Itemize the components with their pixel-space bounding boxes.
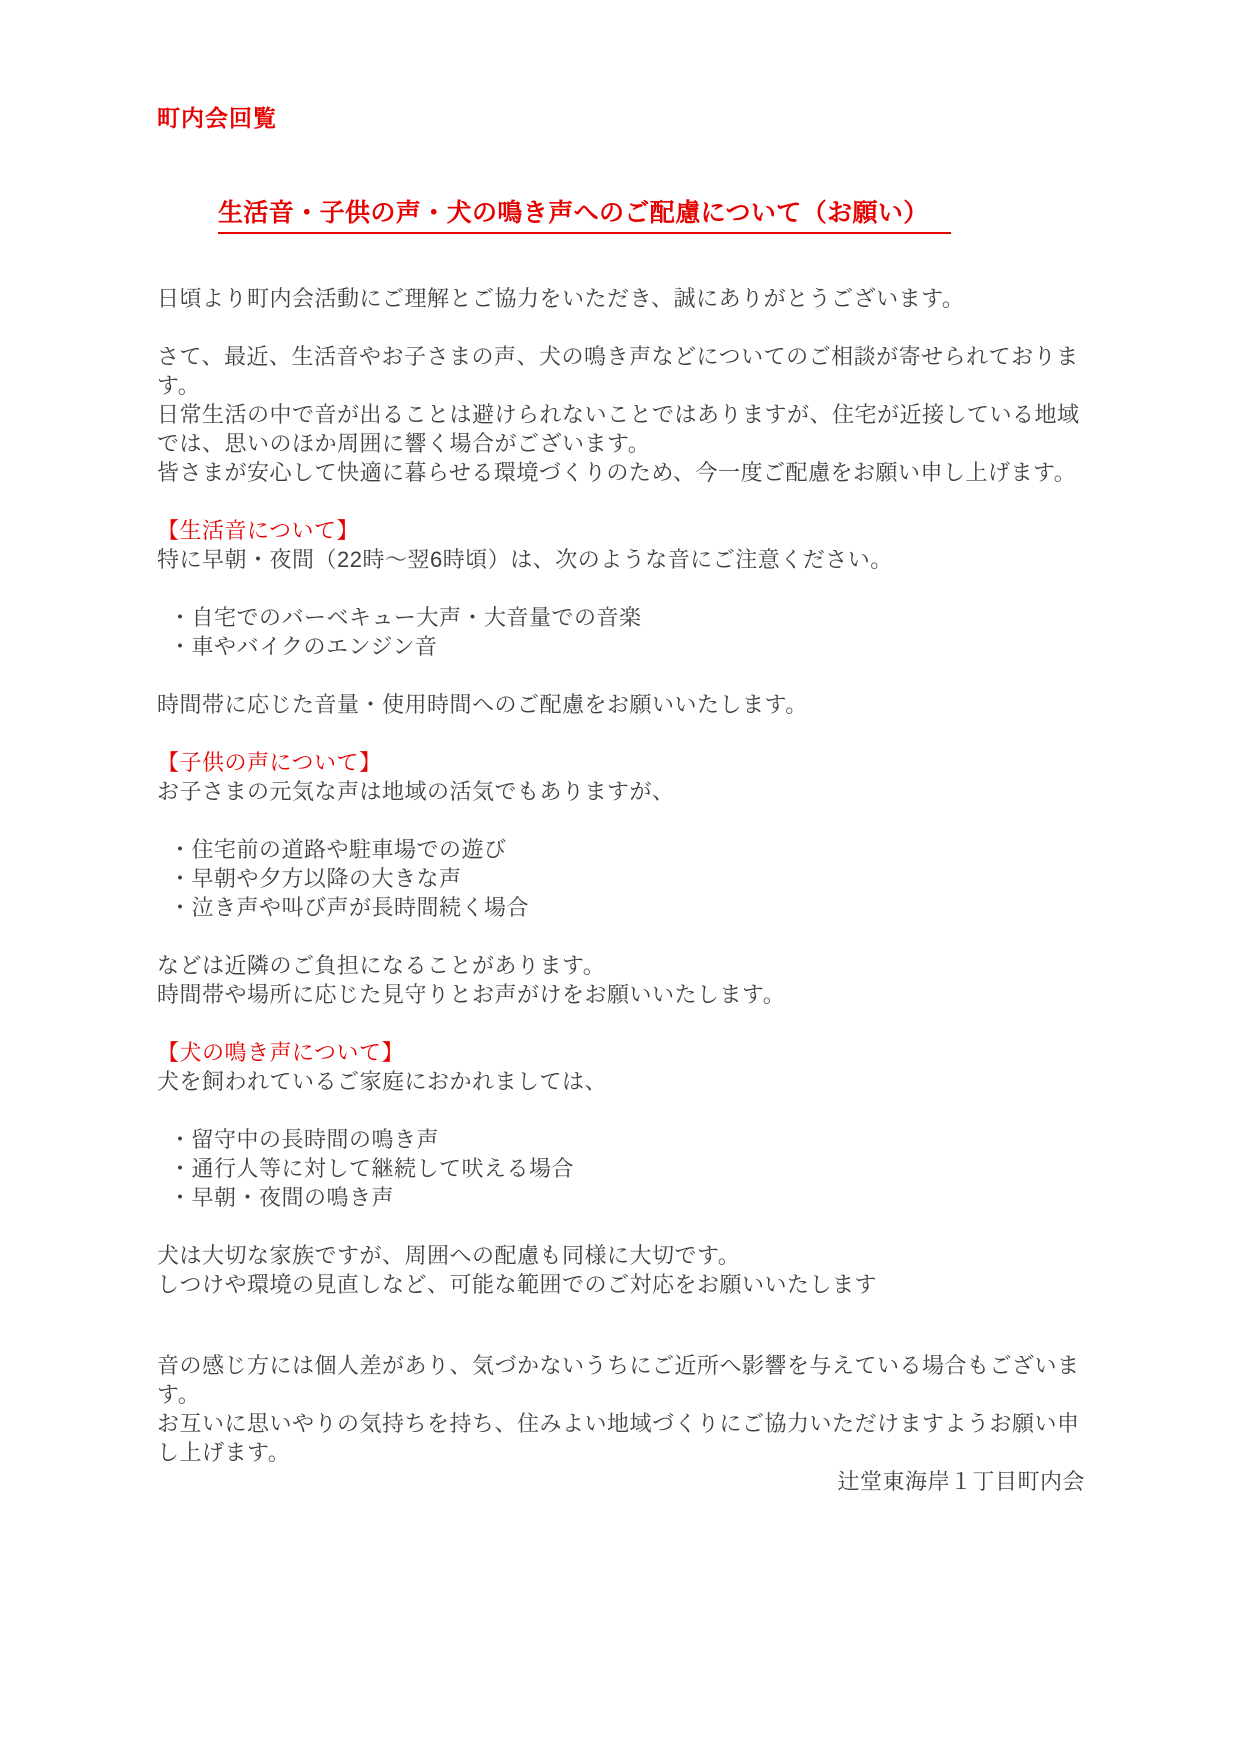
closing-line: し上げます。 bbox=[157, 1438, 1085, 1467]
bullet-item: ・留守中の長時間の鳴き声 bbox=[157, 1125, 1085, 1154]
section-lead: お子さまの元気な声は地域の活気でもありますが、 bbox=[157, 777, 1085, 806]
note-line: 時間帯に応じた音量・使用時間へのご配慮をお願いいたします。 bbox=[157, 690, 1085, 719]
closing-line: 音の感じ方には個人差があり、気づかないうちにご近所へ影響を与えている場合もござい… bbox=[157, 1351, 1085, 1380]
greeting-line: 日頃より町内会活動にご理解とご協力をいただき、誠にありがとうございます。 bbox=[157, 284, 1085, 313]
section-notes: などは近隣のご負担になることがあります。 時間帯や場所に応じた見守りとお声がけを… bbox=[157, 951, 1085, 1009]
bullet-list: ・住宅前の道路や駐車場での遊び ・早朝や夕方以降の大きな声 ・泣き声や叫び声が長… bbox=[157, 835, 1085, 922]
section-dog-barking: 【犬の鳴き声について】 犬を飼われているご家庭におかれましては、 ・留守中の長時… bbox=[157, 1038, 1085, 1299]
intro-line: 日常生活の中で音が出ることは避けられないことではありますが、住宅が近接している地… bbox=[157, 400, 1085, 429]
notice-title: 生活音・子供の声・犬の鳴き声へのご配慮について（お願い） bbox=[218, 196, 951, 234]
bullet-item: ・早朝や夕方以降の大きな声 bbox=[157, 864, 1085, 893]
bullet-item: ・住宅前の道路や駐車場での遊び bbox=[157, 835, 1085, 864]
note-line: 時間帯や場所に応じた見守りとお声がけをお願いいたします。 bbox=[157, 980, 1085, 1009]
bullet-item: ・泣き声や叫び声が長時間続く場合 bbox=[157, 893, 1085, 922]
section-heading: 【子供の声について】 bbox=[157, 748, 1085, 777]
circular-page: 町内会回覧 生活音・子供の声・犬の鳴き声へのご配慮について（お願い） 日頃より町… bbox=[0, 0, 1240, 1754]
signature: 辻堂東海岸１丁目町内会 bbox=[157, 1467, 1085, 1496]
bullet-item: ・自宅でのバーベキュー大声・大音量での音楽 bbox=[157, 603, 1085, 632]
circular-header: 町内会回覧 bbox=[157, 103, 1085, 133]
intro-line: では、思いのほか周囲に響く場合がございます。 bbox=[157, 429, 1085, 458]
intro-line: 皆さまが安心して快適に暮らせる環境づくりのため、今一度ご配慮をお願い申し上げます… bbox=[157, 458, 1085, 487]
note-line: 犬は大切な家族ですが、周囲への配慮も同様に大切です。 bbox=[157, 1241, 1085, 1270]
intro-paragraph: さて、最近、生活音やお子さまの声、犬の鳴き声などについてのご相談が寄せられており… bbox=[157, 342, 1085, 487]
section-living-noise: 【生活音について】 特に早朝・夜間（22時〜翌6時頃）は、次のような音にご注意く… bbox=[157, 516, 1085, 719]
section-children-voices: 【子供の声について】 お子さまの元気な声は地域の活気でもありますが、 ・住宅前の… bbox=[157, 748, 1085, 1009]
note-line: などは近隣のご負担になることがあります。 bbox=[157, 951, 1085, 980]
closing-line: お互いに思いやりの気持ちを持ち、住みよい地域づくりにご協力いただけますようお願い… bbox=[157, 1409, 1085, 1438]
bullet-list: ・留守中の長時間の鳴き声 ・通行人等に対して継続して吠える場合 ・早朝・夜間の鳴… bbox=[157, 1125, 1085, 1212]
section-notes: 時間帯に応じた音量・使用時間へのご配慮をお願いいたします。 bbox=[157, 690, 1085, 719]
section-notes: 犬は大切な家族ですが、周囲への配慮も同様に大切です。 しつけや環境の見直しなど、… bbox=[157, 1241, 1085, 1299]
intro-line: す。 bbox=[157, 371, 1085, 400]
closing-line: す。 bbox=[157, 1380, 1085, 1409]
section-heading: 【犬の鳴き声について】 bbox=[157, 1038, 1085, 1067]
intro-line: さて、最近、生活音やお子さまの声、犬の鳴き声などについてのご相談が寄せられており… bbox=[157, 342, 1085, 371]
bullet-item: ・通行人等に対して継続して吠える場合 bbox=[157, 1154, 1085, 1183]
bullet-item: ・早朝・夜間の鳴き声 bbox=[157, 1183, 1085, 1212]
section-lead: 特に早朝・夜間（22時〜翌6時頃）は、次のような音にご注意ください。 bbox=[157, 545, 1085, 574]
closing-paragraph: 音の感じ方には個人差があり、気づかないうちにご近所へ影響を与えている場合もござい… bbox=[157, 1351, 1085, 1467]
section-heading: 【生活音について】 bbox=[157, 516, 1085, 545]
notice-title-row: 生活音・子供の声・犬の鳴き声へのご配慮について（お願い） bbox=[218, 196, 1085, 234]
bullet-item: ・車やバイクのエンジン音 bbox=[157, 632, 1085, 661]
section-lead: 犬を飼われているご家庭におかれましては、 bbox=[157, 1067, 1085, 1096]
note-line: しつけや環境の見直しなど、可能な範囲でのご対応をお願いいたします bbox=[157, 1270, 1085, 1299]
bullet-list: ・自宅でのバーベキュー大声・大音量での音楽 ・車やバイクのエンジン音 bbox=[157, 603, 1085, 661]
